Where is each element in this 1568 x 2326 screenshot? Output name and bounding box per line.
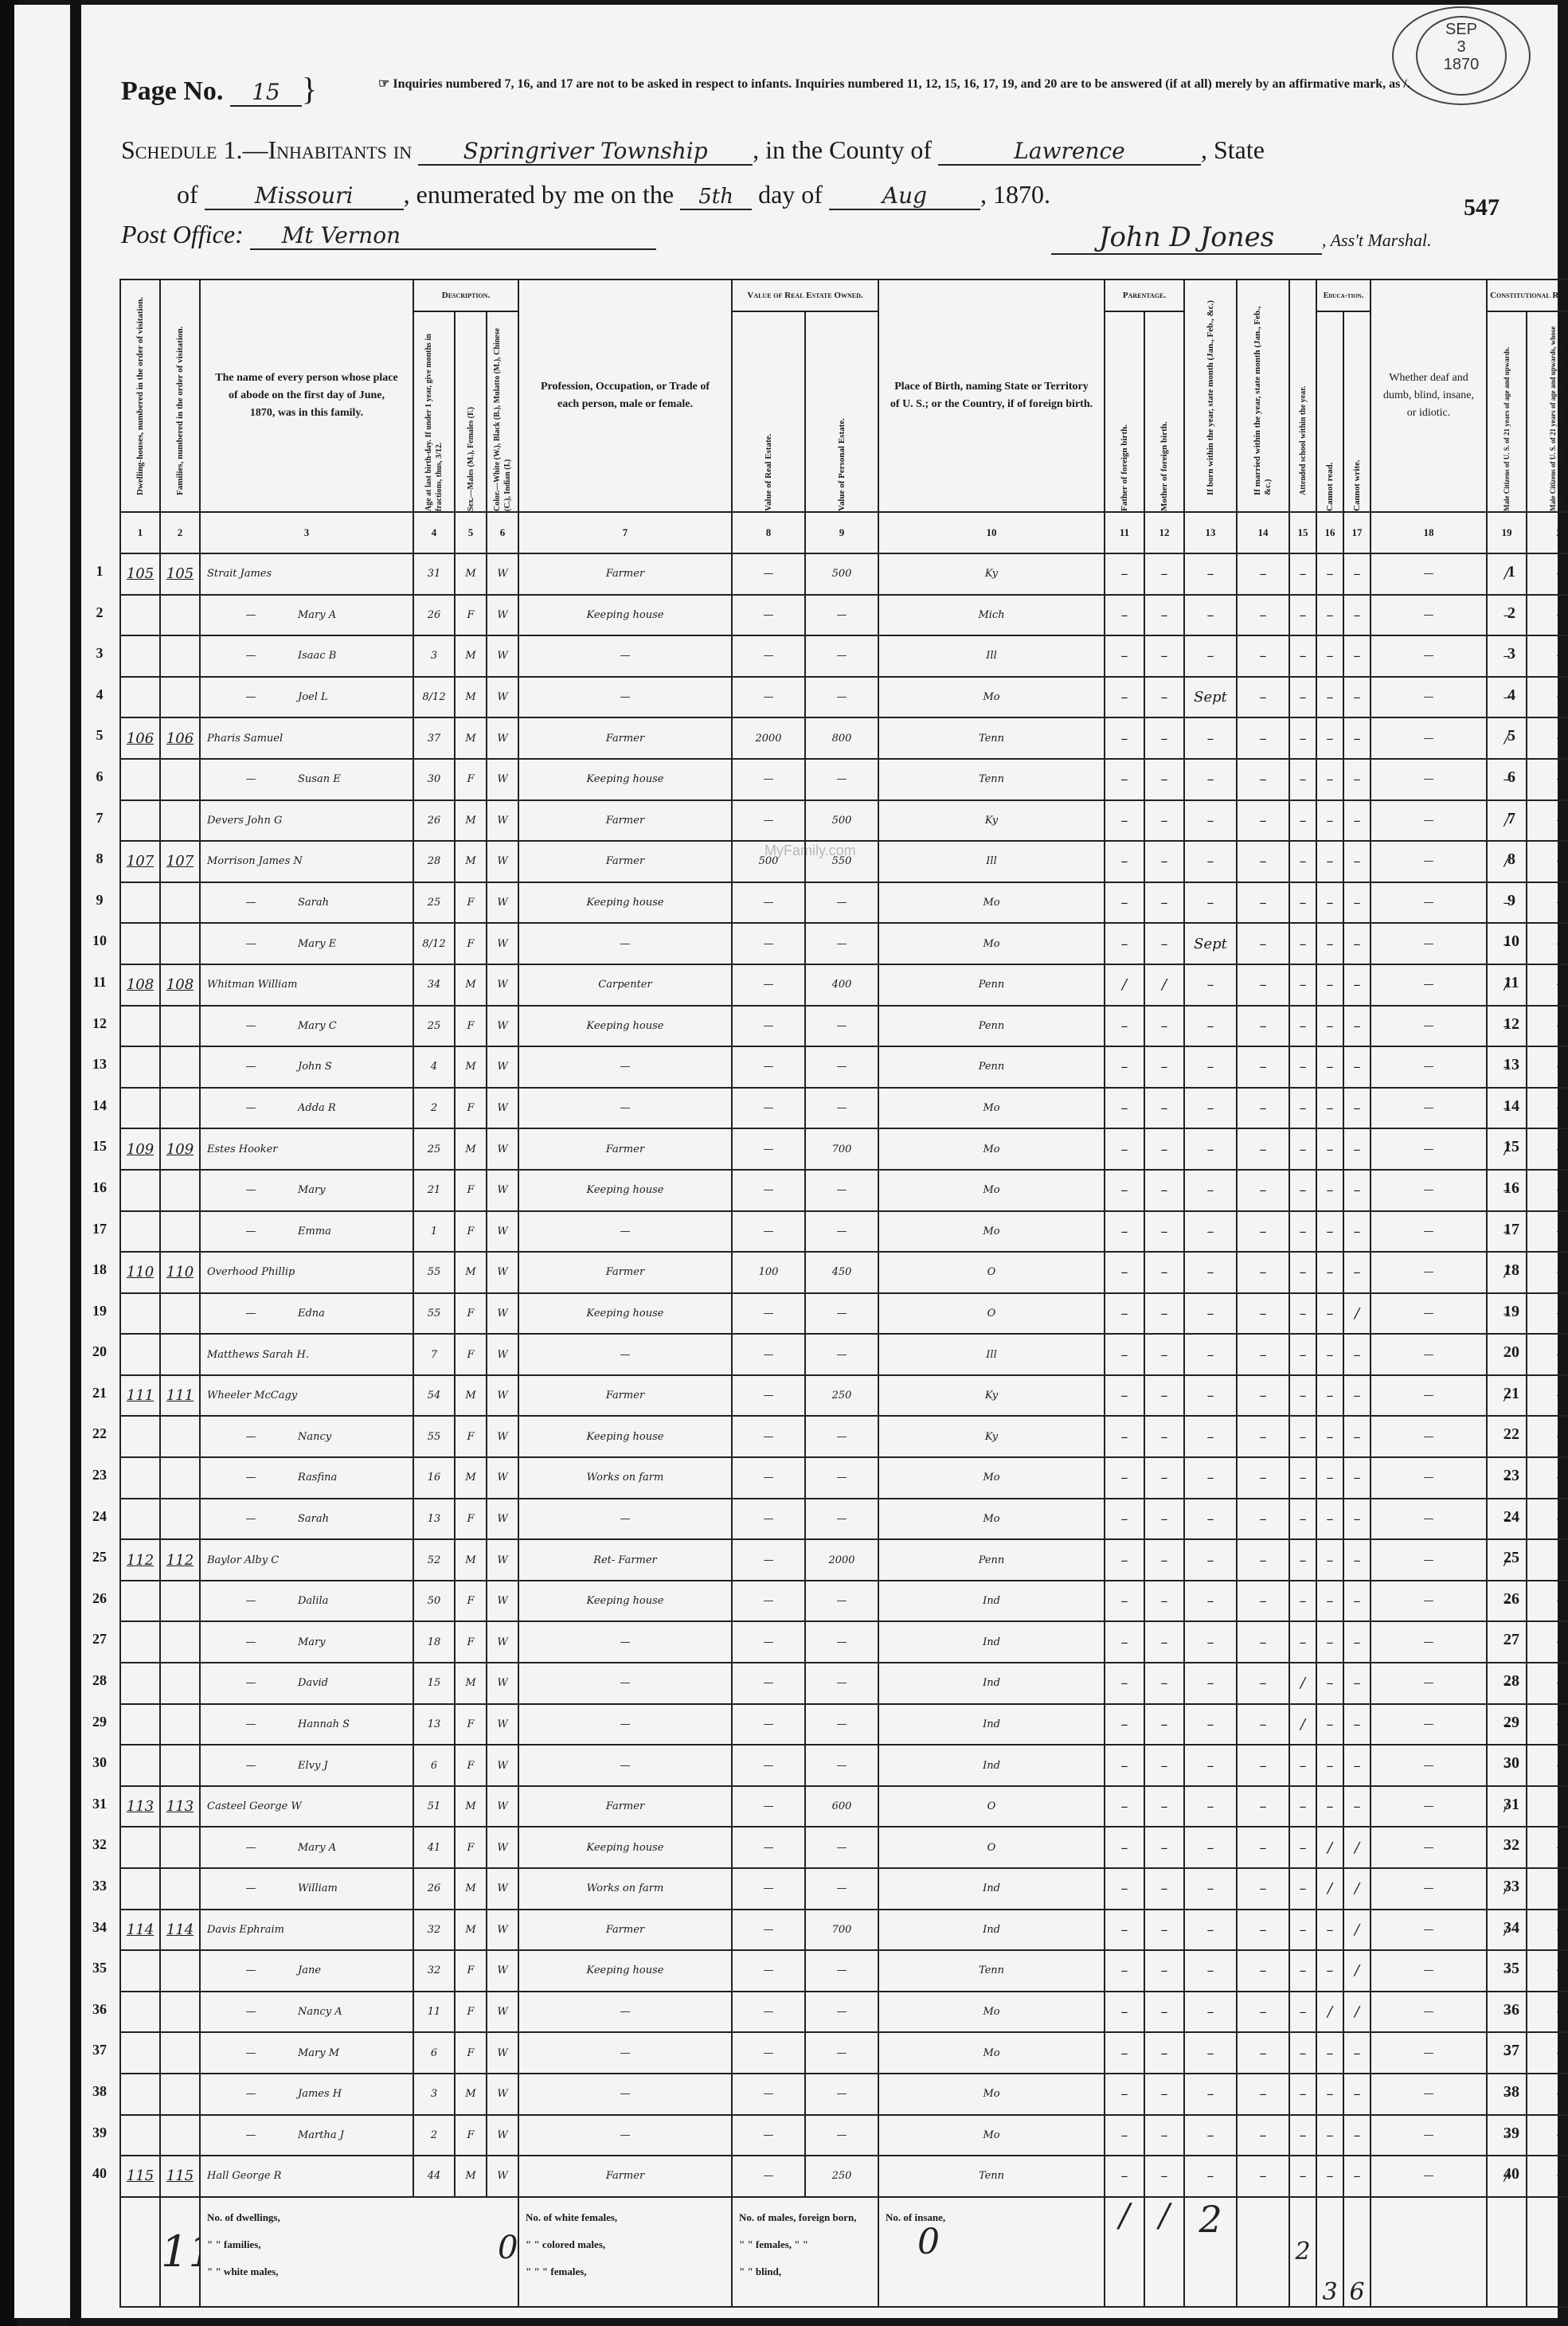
- family-number: [160, 1088, 200, 1129]
- person-name-cell: —Emma: [200, 1211, 413, 1253]
- color-cell: W: [487, 1868, 518, 1910]
- line-number-right: 10: [1497, 932, 1526, 951]
- birthplace-cell: Ind: [878, 1663, 1105, 1704]
- dwelling-number: [120, 1499, 160, 1540]
- birthplace-cell: Ill: [878, 635, 1105, 677]
- mother-foreign-cell: –: [1144, 595, 1184, 636]
- born-month-cell: –: [1184, 1088, 1237, 1129]
- family-number: [160, 1992, 200, 2033]
- tally-cannot-read: 3: [1316, 2197, 1343, 2307]
- marshal-signature: John D Jones: [1051, 221, 1322, 255]
- married-month-cell: –: [1237, 1827, 1289, 1868]
- person-name-cell: —Mary A: [200, 1827, 413, 1868]
- color-cell: W: [487, 2115, 518, 2156]
- color-cell: W: [487, 2074, 518, 2115]
- color-cell: W: [487, 1128, 518, 1170]
- disability-cell: —: [1371, 759, 1487, 800]
- married-month-cell: –: [1237, 841, 1289, 882]
- age-cell: 55: [413, 1252, 455, 1293]
- born-month-cell: –: [1184, 2156, 1237, 2197]
- cannot-read-cell: –: [1316, 1499, 1343, 1540]
- line-number-left: 36: [88, 2001, 111, 2018]
- mother-foreign-cell: –: [1144, 759, 1184, 800]
- mother-foreign-cell: –: [1144, 1786, 1184, 1828]
- tally-mother-foreign: /: [1144, 2197, 1184, 2307]
- school-cell: –: [1289, 1211, 1316, 1253]
- given-name: William: [255, 979, 298, 991]
- table-row: 105105StraitJames31MWFarmer—500Ky–––––––…: [120, 553, 1568, 595]
- column-number: 18: [1371, 512, 1487, 553]
- disability-cell: —: [1371, 1416, 1487, 1457]
- cannot-write-cell: –: [1343, 800, 1371, 842]
- column-number: 19: [1487, 512, 1527, 553]
- line-number-right: 18: [1497, 1261, 1526, 1280]
- born-month-cell: –: [1184, 1499, 1237, 1540]
- family-number: 109: [160, 1128, 200, 1170]
- school-cell: –: [1289, 1621, 1316, 1663]
- vote-denied-cell: —: [1527, 1211, 1568, 1253]
- person-name-cell: —Martha J: [200, 2115, 413, 2156]
- father-foreign-cell: –: [1105, 1375, 1144, 1417]
- birthplace-cell: Ky: [878, 1416, 1105, 1457]
- person-name-cell: —Susan E: [200, 759, 413, 800]
- table-row: DeversJohn G26MWFarmer—500Ky–––––––—/—: [120, 800, 1568, 842]
- person-name-cell: CasteelGeorge W: [200, 1786, 413, 1828]
- father-foreign-cell: –: [1105, 1499, 1144, 1540]
- color-cell: W: [487, 1416, 518, 1457]
- born-month-cell: –: [1184, 1293, 1237, 1335]
- color-cell: W: [487, 800, 518, 842]
- color-cell: W: [487, 1088, 518, 1129]
- line-number-right: 38: [1497, 2083, 1526, 2101]
- personal-estate-cell: —: [805, 1827, 878, 1868]
- father-foreign-cell: –: [1105, 1088, 1144, 1129]
- given-name: Mary: [295, 1184, 326, 1196]
- born-month-cell: –: [1184, 1334, 1237, 1375]
- sex-cell: M: [455, 2156, 487, 2197]
- cannot-read-cell: –: [1316, 1786, 1343, 1828]
- given-name: James: [237, 568, 272, 580]
- cannot-read-cell: –: [1316, 1950, 1343, 1992]
- line-number-left: 31: [88, 1796, 111, 1812]
- vote-denied-cell: —: [1527, 1416, 1568, 1457]
- stamp-month: SEP: [1394, 21, 1529, 38]
- real-estate-cell: —: [732, 1704, 805, 1745]
- column-number: 17: [1343, 512, 1371, 553]
- cannot-write-cell: –: [1343, 1499, 1371, 1540]
- married-month-cell: –: [1237, 1375, 1289, 1417]
- surname: —: [207, 2129, 295, 2141]
- disability-cell: —: [1371, 635, 1487, 677]
- mother-foreign-cell: –: [1144, 1827, 1184, 1868]
- header-description: Description.: [413, 280, 518, 311]
- disability-cell: —: [1371, 1499, 1487, 1540]
- occupation-cell: Keeping house: [518, 882, 732, 924]
- age-cell: 31: [413, 553, 455, 595]
- school-cell: –: [1289, 1786, 1316, 1828]
- dwelling-number: [120, 1950, 160, 1992]
- personal-estate-cell: 800: [805, 717, 878, 759]
- birthplace-cell: Mo: [878, 677, 1105, 718]
- given-name: John G: [244, 815, 282, 827]
- real-estate-cell: —: [732, 964, 805, 1006]
- bottom-mark-right: 0: [917, 2222, 940, 2262]
- cannot-read-cell: –: [1316, 595, 1343, 636]
- dwelling-number: [120, 1416, 160, 1457]
- occupation-cell: Farmer: [518, 717, 732, 759]
- line-number-right: 16: [1497, 1179, 1526, 1198]
- column-number: 10: [878, 512, 1105, 553]
- post-office-line: Post Office: Mt Vernon: [121, 220, 656, 250]
- occupation-cell: —: [518, 1745, 732, 1786]
- married-month-cell: –: [1237, 1457, 1289, 1499]
- line-number-right: 4: [1497, 686, 1526, 705]
- school-cell: –: [1289, 2032, 1316, 2074]
- occupation-cell: Keeping house: [518, 1170, 732, 1211]
- person-name-cell: —Hannah S: [200, 1704, 413, 1745]
- sex-cell: M: [455, 677, 487, 718]
- cannot-write-cell: –: [1343, 2074, 1371, 2115]
- header-vote-denied: Male Citizens of U. S. of 21 years of ag…: [1527, 311, 1568, 512]
- married-month-cell: –: [1237, 553, 1289, 595]
- dwelling-number: [120, 882, 160, 924]
- line-number-right: 13: [1497, 1056, 1526, 1074]
- age-cell: 21: [413, 1170, 455, 1211]
- cannot-read-cell: –: [1316, 677, 1343, 718]
- surname: —: [207, 1636, 295, 1648]
- cannot-write-cell: –: [1343, 1088, 1371, 1129]
- mother-foreign-cell: /: [1144, 964, 1184, 1006]
- birthplace-cell: Ind: [878, 1704, 1105, 1745]
- occupation-cell: Farmer: [518, 1910, 732, 1951]
- married-month-cell: –: [1237, 1293, 1289, 1335]
- cannot-write-cell: /: [1343, 1293, 1371, 1335]
- census-table: Dwelling-houses, numbered in the order o…: [119, 279, 1568, 2308]
- header-age: Age at last birth-day. If under 1 year, …: [413, 311, 455, 512]
- vote-denied-cell: —: [1527, 1088, 1568, 1129]
- cannot-read-cell: –: [1316, 1581, 1343, 1622]
- line-number-left: 39: [88, 2125, 111, 2141]
- personal-estate-cell: —: [805, 1704, 878, 1745]
- mother-foreign-cell: –: [1144, 1088, 1184, 1129]
- school-cell: –: [1289, 882, 1316, 924]
- father-foreign-cell: –: [1105, 1910, 1144, 1951]
- vote-denied-cell: —: [1527, 923, 1568, 964]
- surname: —: [207, 1226, 295, 1237]
- father-foreign-cell: /: [1105, 964, 1144, 1006]
- line-number-right: 28: [1497, 1672, 1526, 1691]
- mother-foreign-cell: –: [1144, 1992, 1184, 2033]
- dwelling-number: [120, 1827, 160, 1868]
- color-cell: W: [487, 1786, 518, 1828]
- person-name-cell: —Mary E: [200, 923, 413, 964]
- person-name-cell: —James H: [200, 2074, 413, 2115]
- person-name-cell: WheelerMcCagy: [200, 1375, 413, 1417]
- born-month-cell: –: [1184, 1950, 1237, 1992]
- vote-denied-cell: —: [1527, 1128, 1568, 1170]
- family-number: [160, 1334, 200, 1375]
- table-row: —Mary21FWKeeping house——Mo–––––––—–—: [120, 1170, 1568, 1211]
- cannot-read-cell: /: [1316, 1992, 1343, 2033]
- vote-denied-cell: —: [1527, 1252, 1568, 1293]
- line-number-right: 33: [1497, 1878, 1526, 1896]
- personal-estate-cell: 550: [805, 841, 878, 882]
- line-number-right: 25: [1497, 1549, 1526, 1567]
- vote-denied-cell: —: [1527, 1170, 1568, 1211]
- age-cell: 26: [413, 800, 455, 842]
- father-foreign-cell: –: [1105, 841, 1144, 882]
- surname: —: [207, 1595, 295, 1607]
- family-number: [160, 677, 200, 718]
- occupation-cell: —: [518, 1499, 732, 1540]
- disability-cell: —: [1371, 1745, 1487, 1786]
- sex-cell: F: [455, 882, 487, 924]
- born-month-cell: –: [1184, 1252, 1237, 1293]
- dwelling-number: [120, 595, 160, 636]
- dwelling-number: [120, 923, 160, 964]
- given-name: John S: [295, 1061, 332, 1073]
- color-cell: W: [487, 1499, 518, 1540]
- birthplace-cell: Ky: [878, 800, 1105, 842]
- mother-foreign-cell: –: [1144, 1663, 1184, 1704]
- family-number: [160, 1581, 200, 1622]
- school-cell: –: [1289, 1006, 1316, 1047]
- surname: Wheeler: [207, 1390, 251, 1401]
- born-month-cell: –: [1184, 1046, 1237, 1088]
- table-row: —Edna55FWKeeping house——O––––––/—–—: [120, 1293, 1568, 1335]
- married-month-cell: –: [1237, 2115, 1289, 2156]
- mother-foreign-cell: –: [1144, 1581, 1184, 1622]
- personal-estate-cell: 450: [805, 1252, 878, 1293]
- mother-foreign-cell: –: [1144, 1293, 1184, 1335]
- enumeration-line: of Missouri, enumerated by me on the 5th…: [177, 180, 1050, 210]
- person-name-cell: —Sarah: [200, 882, 413, 924]
- personal-estate-cell: —: [805, 1745, 878, 1786]
- cannot-write-cell: –: [1343, 1252, 1371, 1293]
- line-number-left: 19: [88, 1303, 111, 1319]
- age-cell: 8/12: [413, 677, 455, 718]
- sex-cell: F: [455, 1211, 487, 1253]
- table-row: —Rasfina16MWWorks on farm——Mo–––––––—–—: [120, 1457, 1568, 1499]
- born-month-cell: Sept: [1184, 923, 1237, 964]
- cannot-read-cell: –: [1316, 635, 1343, 677]
- given-name: Ephraim: [236, 1924, 284, 1936]
- surname: Pharis: [207, 733, 240, 745]
- mother-foreign-cell: –: [1144, 1704, 1184, 1745]
- person-name-cell: —David: [200, 1663, 413, 1704]
- vote-denied-cell: x: [1527, 1539, 1568, 1581]
- personal-estate-cell: —: [805, 923, 878, 964]
- dwelling-number: [120, 1868, 160, 1910]
- dwelling-number: [120, 1621, 160, 1663]
- born-month-cell: –: [1184, 1745, 1237, 1786]
- age-cell: 11: [413, 1992, 455, 2033]
- header-value-group: Value of Real Estate Owned.: [732, 280, 878, 311]
- sex-cell: F: [455, 759, 487, 800]
- cannot-read-cell: –: [1316, 2032, 1343, 2074]
- born-month-cell: –: [1184, 635, 1237, 677]
- dwelling-number: [120, 1663, 160, 1704]
- line-number-left: 1: [88, 563, 111, 580]
- father-foreign-cell: –: [1105, 1992, 1144, 2033]
- table-row: —Mary C25FWKeeping house——Penn–––––––—–—: [120, 1006, 1568, 1047]
- mother-foreign-cell: –: [1144, 1457, 1184, 1499]
- family-number: [160, 1827, 200, 1868]
- father-foreign-cell: –: [1105, 759, 1144, 800]
- mother-foreign-cell: –: [1144, 553, 1184, 595]
- born-month-cell: –: [1184, 1827, 1237, 1868]
- real-estate-cell: —: [732, 759, 805, 800]
- father-foreign-cell: –: [1105, 1128, 1144, 1170]
- married-month-cell: –: [1237, 1868, 1289, 1910]
- color-cell: W: [487, 1704, 518, 1745]
- cannot-write-cell: –: [1343, 1334, 1371, 1375]
- person-name-cell: —Joel L: [200, 677, 413, 718]
- table-row: —Joel L8/12MW———Mo––Sept––––—–—: [120, 677, 1568, 718]
- line-number-right: 20: [1497, 1343, 1526, 1362]
- father-foreign-cell: –: [1105, 1827, 1144, 1868]
- real-estate-cell: —: [732, 1375, 805, 1417]
- born-month-cell: –: [1184, 1128, 1237, 1170]
- year-label: , 1870.: [980, 180, 1050, 209]
- family-number: [160, 2115, 200, 2156]
- family-number: [160, 2032, 200, 2074]
- occupation-cell: Farmer: [518, 1375, 732, 1417]
- age-cell: 37: [413, 717, 455, 759]
- line-number-left: 26: [88, 1590, 111, 1607]
- cannot-write-cell: –: [1343, 1170, 1371, 1211]
- birthplace-cell: O: [878, 1827, 1105, 1868]
- person-name-cell: —John S: [200, 1046, 413, 1088]
- table-row: —Hannah S13FW———Ind––––/––—–—: [120, 1704, 1568, 1745]
- person-name-cell: WhitmanWilliam: [200, 964, 413, 1006]
- line-number-left: 14: [88, 1097, 111, 1114]
- family-number: [160, 1293, 200, 1335]
- age-cell: 4: [413, 1046, 455, 1088]
- dwelling-number: 110: [120, 1252, 160, 1293]
- person-name-cell: —Dalila: [200, 1581, 413, 1622]
- vote-denied-cell: —: [1527, 1910, 1568, 1951]
- father-foreign-cell: –: [1105, 1868, 1144, 1910]
- cannot-read-cell: –: [1316, 2115, 1343, 2156]
- sex-cell: F: [455, 2115, 487, 2156]
- age-cell: 3: [413, 635, 455, 677]
- personal-estate-cell: 250: [805, 1375, 878, 1417]
- born-month-cell: Sept: [1184, 677, 1237, 718]
- cannot-read-cell: –: [1316, 1745, 1343, 1786]
- table-row: —John S4MW———Penn–––––––—–—: [120, 1046, 1568, 1088]
- occupation-cell: —: [518, 1992, 732, 2033]
- mother-foreign-cell: –: [1144, 1539, 1184, 1581]
- cannot-write-cell: –: [1343, 964, 1371, 1006]
- father-foreign-cell: –: [1105, 1745, 1144, 1786]
- cannot-read-cell: –: [1316, 2156, 1343, 2197]
- occupation-cell: Keeping house: [518, 1293, 732, 1335]
- father-foreign-cell: –: [1105, 1334, 1144, 1375]
- cannot-read-cell: –: [1316, 553, 1343, 595]
- dwelling-number: [120, 1046, 160, 1088]
- age-cell: 13: [413, 1704, 455, 1745]
- dwelling-number: [120, 635, 160, 677]
- line-number-left: 30: [88, 1754, 111, 1771]
- born-month-cell: –: [1184, 1006, 1237, 1047]
- given-name: Samuel: [240, 733, 283, 745]
- personal-estate-cell: —: [805, 677, 878, 718]
- school-cell: –: [1289, 1950, 1316, 1992]
- color-cell: W: [487, 677, 518, 718]
- table-row: —Adda R2FW———Mo–––––––—–—: [120, 1088, 1568, 1129]
- census-rows: 105105StraitJames31MWFarmer—500Ky–––––––…: [120, 553, 1568, 2197]
- surname: Estes: [207, 1143, 236, 1155]
- column-number: 14: [1237, 512, 1289, 553]
- married-month-cell: –: [1237, 1745, 1289, 1786]
- mother-foreign-cell: –: [1144, 1375, 1184, 1417]
- mother-foreign-cell: –: [1144, 635, 1184, 677]
- age-cell: 18: [413, 1621, 455, 1663]
- sex-cell: F: [455, 1170, 487, 1211]
- given-name: Edna: [295, 1308, 325, 1319]
- mother-foreign-cell: –: [1144, 2115, 1184, 2156]
- father-foreign-cell: –: [1105, 2074, 1144, 2115]
- column-number: 4: [413, 512, 455, 553]
- born-month-cell: –: [1184, 1663, 1237, 1704]
- age-cell: 3: [413, 2074, 455, 2115]
- father-foreign-cell: –: [1105, 717, 1144, 759]
- line-number-left: 40: [88, 2165, 111, 2182]
- personal-estate-cell: —: [805, 1334, 878, 1375]
- column-number: 8: [732, 512, 805, 553]
- family-number: [160, 1170, 200, 1211]
- person-name-cell: —Mary: [200, 1170, 413, 1211]
- given-name: Hooker: [236, 1143, 278, 1155]
- disability-cell: —: [1371, 1128, 1487, 1170]
- township-field: Springriver Township: [418, 138, 753, 166]
- sheet-number: 547: [1464, 194, 1500, 221]
- real-estate-cell: —: [732, 1581, 805, 1622]
- occupation-cell: —: [518, 1211, 732, 1253]
- line-number-right: 5: [1497, 727, 1526, 745]
- person-name-cell: —Mary M: [200, 2032, 413, 2074]
- married-month-cell: –: [1237, 595, 1289, 636]
- table-row: 110110OverhoodPhillip55MWFarmer100450O––…: [120, 1252, 1568, 1293]
- surname: —: [207, 2088, 295, 2100]
- post-office-field: Mt Vernon: [250, 222, 656, 250]
- disability-cell: —: [1371, 1992, 1487, 2033]
- school-cell: –: [1289, 1046, 1316, 1088]
- county-label: , in the County of: [753, 135, 932, 164]
- family-number: 113: [160, 1786, 200, 1828]
- age-cell: 41: [413, 1827, 455, 1868]
- real-estate-cell: 500: [732, 841, 805, 882]
- cannot-read-cell: –: [1316, 1375, 1343, 1417]
- personal-estate-cell: 500: [805, 800, 878, 842]
- born-month-cell: –: [1184, 595, 1237, 636]
- birthplace-cell: O: [878, 1252, 1105, 1293]
- birthplace-cell: Mo: [878, 1499, 1105, 1540]
- cannot-read-cell: –: [1316, 841, 1343, 882]
- table-row: —Nancy A11FW———Mo–––––//—–—: [120, 1992, 1568, 2033]
- sex-cell: F: [455, 1950, 487, 1992]
- sex-cell: M: [455, 1910, 487, 1951]
- occupation-cell: —: [518, 635, 732, 677]
- month-field: Aug: [829, 182, 980, 210]
- age-cell: 26: [413, 595, 455, 636]
- line-number-left: 17: [88, 1221, 111, 1237]
- vote-denied-cell: x: [1527, 1786, 1568, 1828]
- cannot-read-cell: /: [1316, 1827, 1343, 1868]
- personal-estate-cell: 250: [805, 2156, 878, 2197]
- given-name: Martha J: [295, 2129, 344, 2141]
